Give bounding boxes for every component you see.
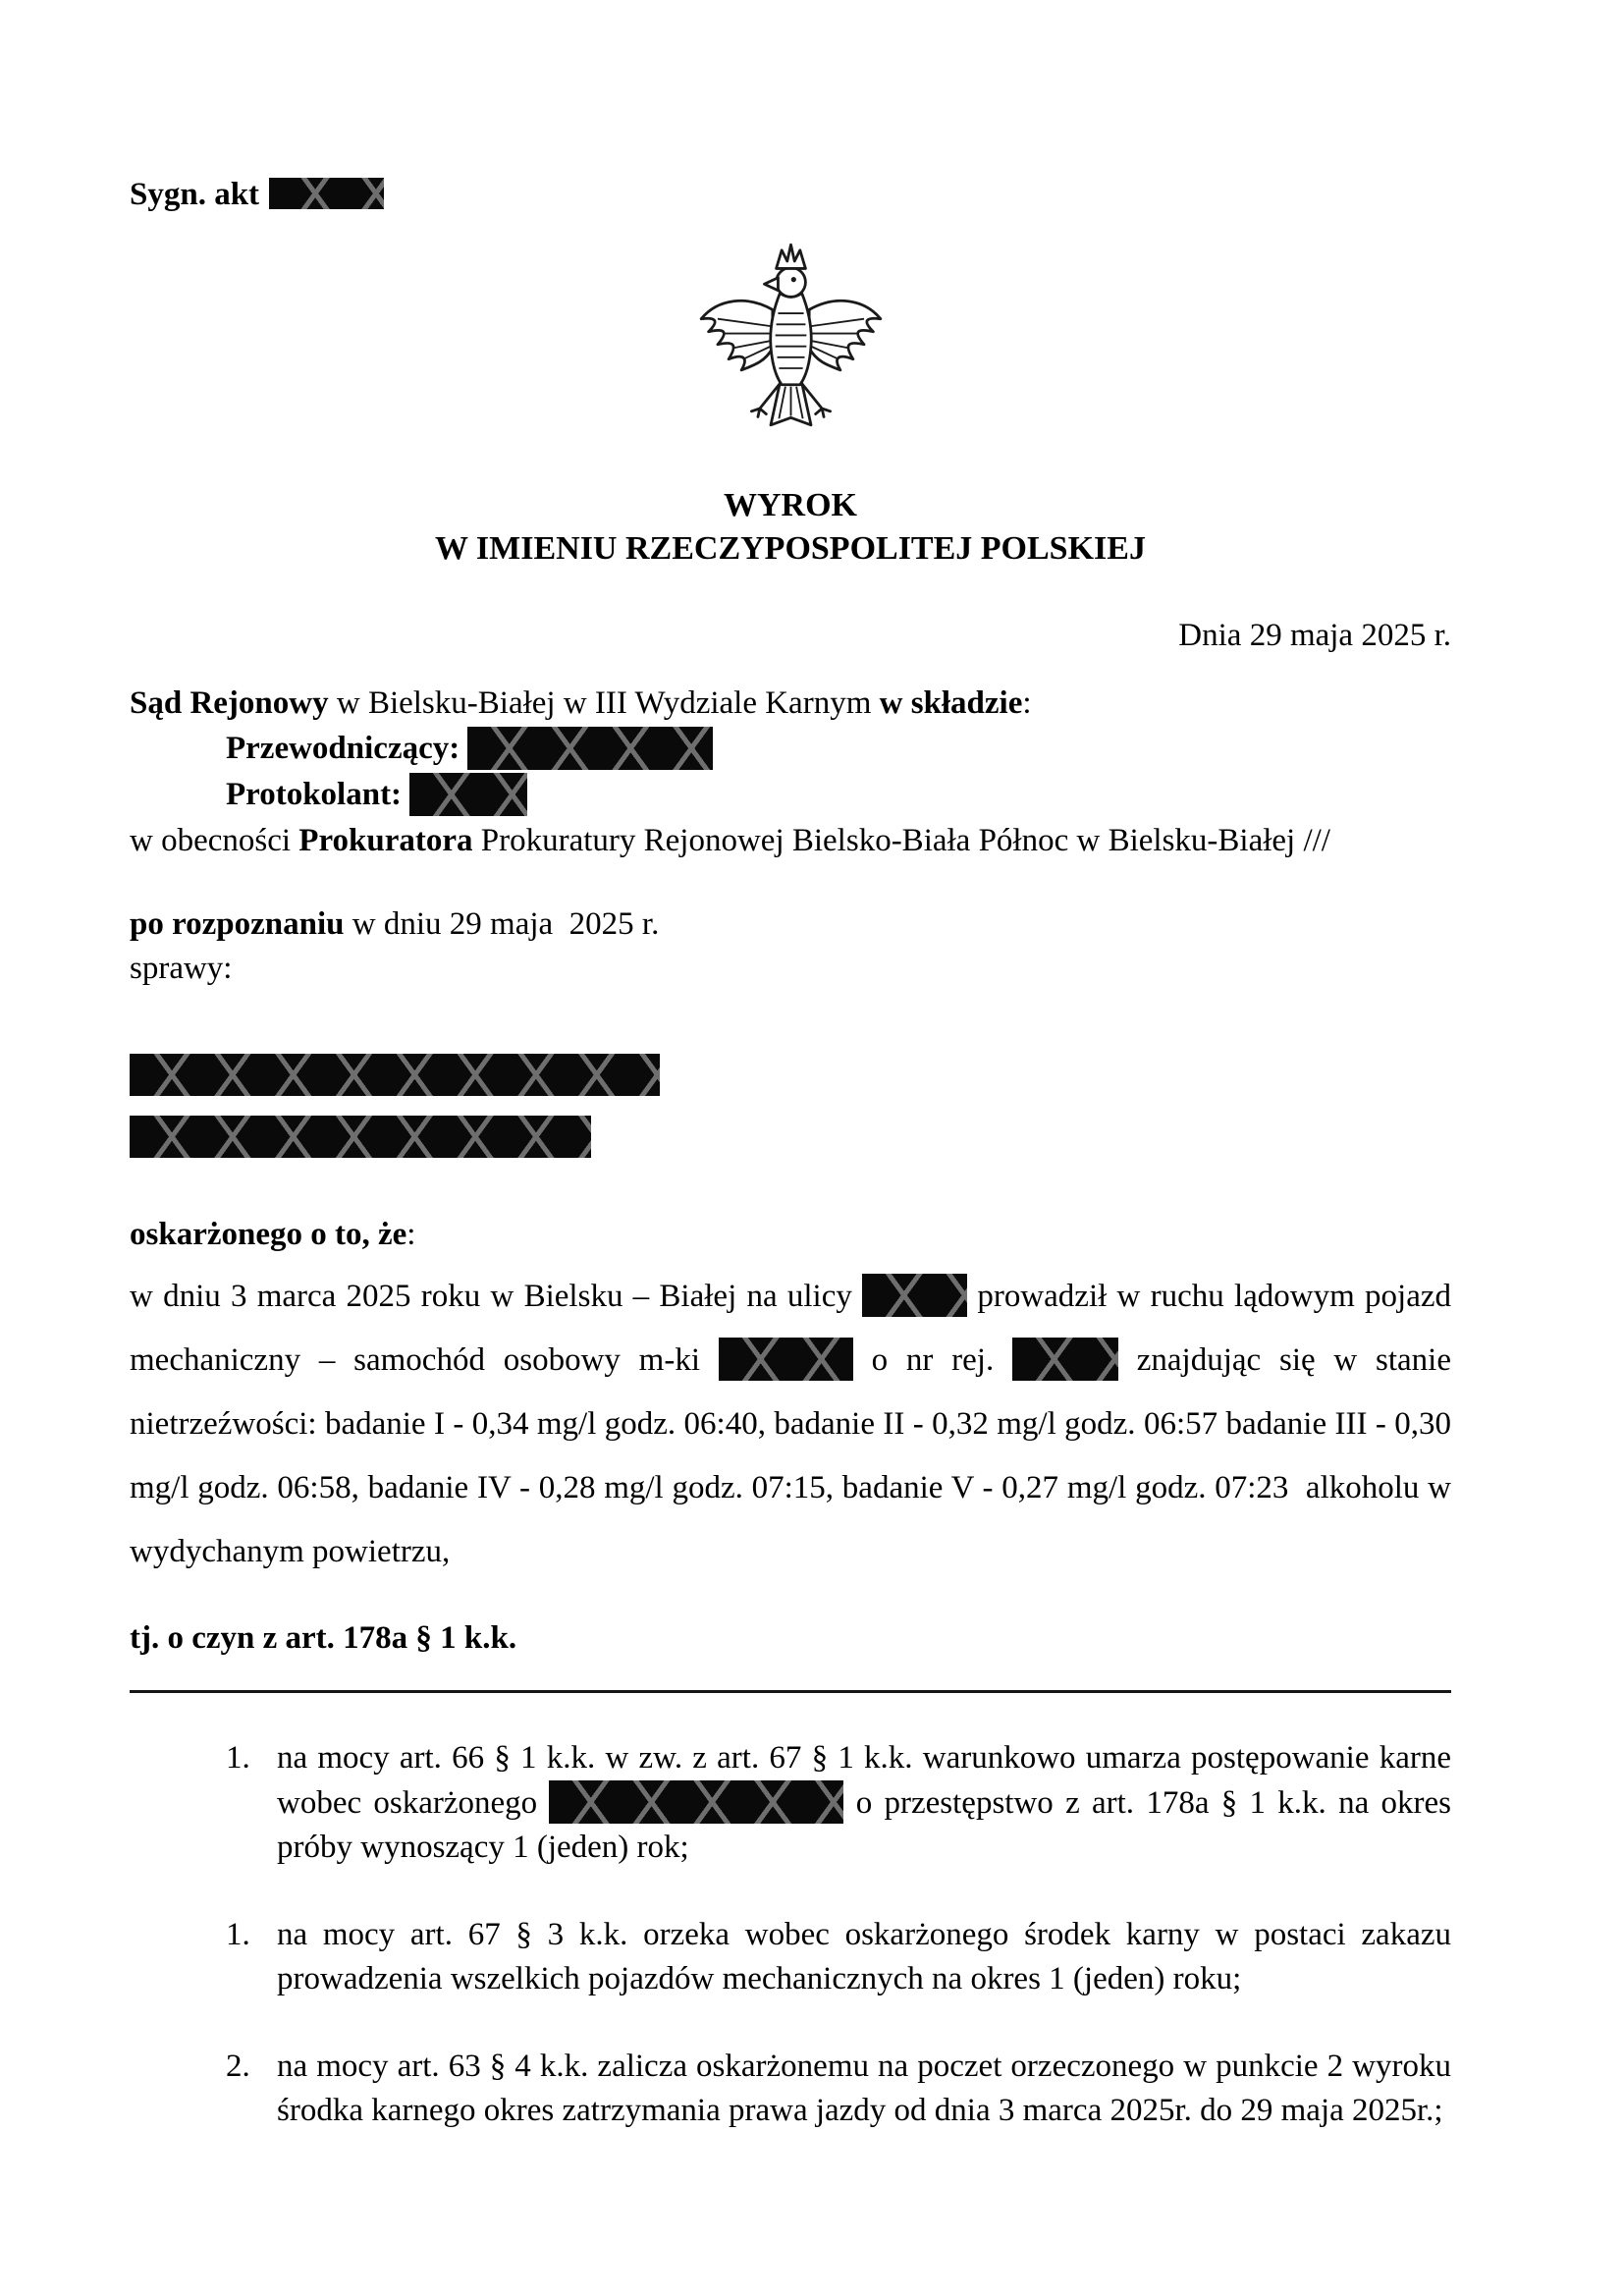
verdict-item-number: 1. bbox=[226, 1736, 277, 1870]
clerk-line: Protokolant: bbox=[226, 772, 1451, 818]
prosecutor-line: w obecności Prokuratora Prokuratury Rejo… bbox=[130, 818, 1451, 863]
court-location: w Bielsku-Białej w III Wydziale Karnym bbox=[329, 685, 880, 721]
clerk-label: Protokolant: bbox=[226, 777, 402, 812]
verdict-item-text: na mocy art. 67 § 3 k.k. orzeka wobec os… bbox=[277, 1913, 1451, 2001]
presiding-judge-label: Przewodniczący: bbox=[226, 731, 460, 766]
defendant-redaction-bar bbox=[130, 1054, 660, 1096]
judgment-page: Sygn. akt bbox=[0, 0, 1623, 2133]
court-composition-word: w składzie bbox=[880, 685, 1023, 721]
judgment-title-block: WYROK W IMIENIU RZECZYPOSPOLITEJ POLSKIE… bbox=[130, 484, 1451, 571]
verdict-item: 1. na mocy art. 66 § 1 k.k. w zw. z art.… bbox=[226, 1736, 1451, 1870]
verdict-item-text: na mocy art. 63 § 4 k.k. zalicza oskarżo… bbox=[277, 2045, 1451, 2133]
redaction-box bbox=[719, 1338, 853, 1381]
case-reference-line: Sygn. akt bbox=[130, 175, 1451, 214]
redaction-box bbox=[862, 1274, 967, 1317]
court-name: Sąd Rejonowy bbox=[130, 685, 329, 721]
verdict-item-text: na mocy art. 66 § 1 k.k. w zw. z art. 67… bbox=[277, 1736, 1451, 1870]
verdict-list: 1. na mocy art. 66 § 1 k.k. w zw. z art.… bbox=[130, 1736, 1451, 2133]
charge-paragraph: w dniu 3 marca 2025 roku w Bielsku – Bia… bbox=[130, 1265, 1451, 1584]
judgment-subtitle: W IMIENIU RZECZYPOSPOLITEJ POLSKIEJ bbox=[130, 527, 1451, 571]
verdict-item: 2. na mocy art. 63 § 4 k.k. zalicza oska… bbox=[226, 2045, 1451, 2133]
charge-heading: oskarżonego o to, że: bbox=[130, 1213, 1451, 1257]
case-of-label: sprawy: bbox=[130, 947, 1451, 991]
redaction-box bbox=[269, 178, 384, 209]
judgment-date: Dnia 29 maja 2025 r. bbox=[130, 614, 1451, 658]
redaction-box bbox=[549, 1780, 843, 1824]
redaction-box bbox=[409, 773, 527, 816]
redaction-box bbox=[467, 727, 713, 770]
verdict-item: 1. na mocy art. 67 § 3 k.k. orzeka wobec… bbox=[226, 1913, 1451, 2001]
hearing-label: po rozpoznaniu bbox=[130, 906, 345, 942]
emblem-container bbox=[130, 238, 1451, 459]
polish-eagle-emblem-icon bbox=[690, 238, 892, 459]
hearing-line: po rozpoznaniu w dniu 29 maja 2025 r. bbox=[130, 902, 1451, 947]
verdict-item-number: 2. bbox=[226, 2045, 277, 2133]
court-composition-line: Sąd Rejonowy w Bielsku-Białej w III Wydz… bbox=[130, 682, 1451, 726]
legal-qualification: tj. o czyn z art. 178a § 1 k.k. bbox=[130, 1616, 1451, 1661]
judgment-title: WYROK bbox=[130, 484, 1451, 527]
defendant-redaction-bar bbox=[130, 1116, 591, 1158]
redaction-box bbox=[1012, 1338, 1118, 1381]
verdict-item-number: 1. bbox=[226, 1913, 277, 2001]
presiding-judge-line: Przewodniczący: bbox=[226, 726, 1451, 772]
prosecutor-word: Prokuratora bbox=[298, 823, 472, 858]
case-reference-label: Sygn. akt bbox=[130, 177, 259, 212]
separator-line bbox=[130, 1690, 1451, 1693]
